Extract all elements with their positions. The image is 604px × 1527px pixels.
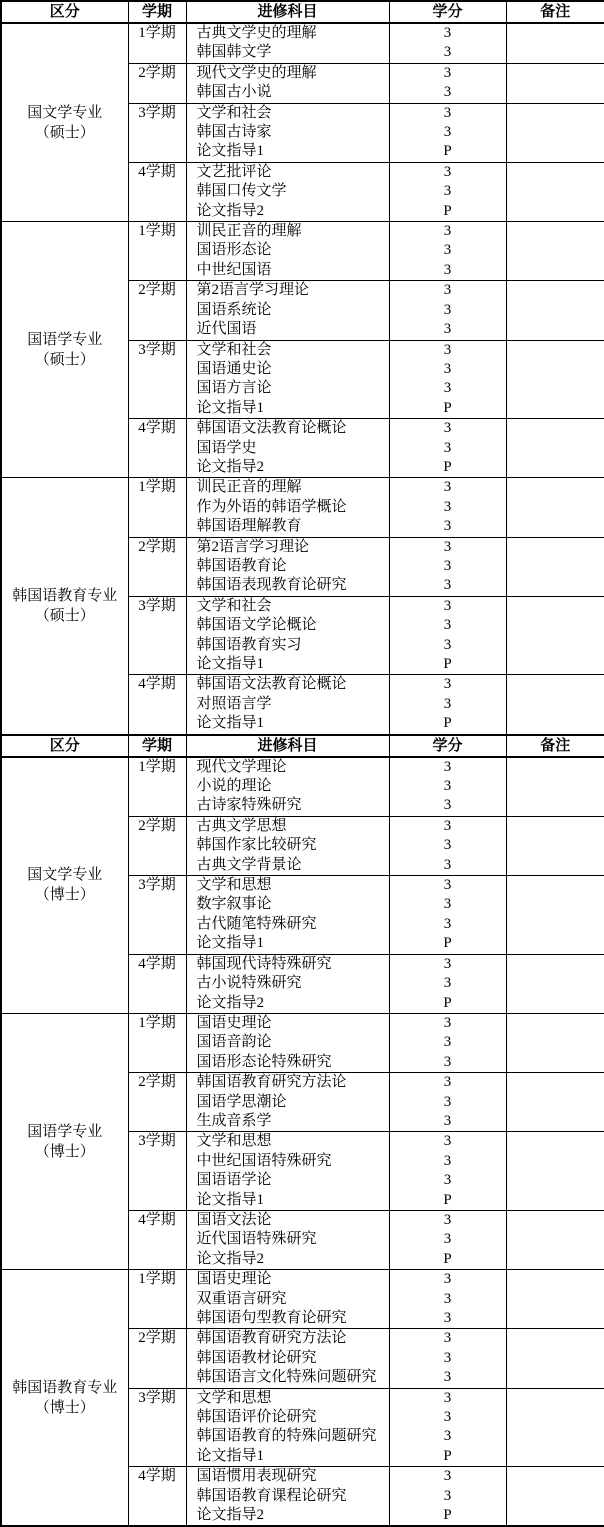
remark-cell bbox=[506, 498, 604, 517]
course-row: 国语学专业（硕士）1学期训民正音的理解3 bbox=[1, 222, 604, 242]
category-degree: （博士） bbox=[2, 885, 128, 905]
course-name-cell: 国语学思潮论 bbox=[186, 1093, 389, 1112]
course-name-cell: 文学和思想 bbox=[186, 876, 389, 896]
remark-cell bbox=[506, 1447, 604, 1467]
remark-cell bbox=[506, 162, 604, 182]
course-name-cell: 训民正音的理解 bbox=[186, 478, 389, 498]
course-name-cell: 国语语学论 bbox=[186, 1171, 389, 1190]
credit-cell: 3 bbox=[389, 103, 506, 123]
col-header-course: 进修科目 bbox=[186, 735, 389, 757]
credit-cell: 3 bbox=[389, 340, 506, 360]
remark-cell bbox=[506, 915, 604, 934]
course-name-cell: 文艺批评论 bbox=[186, 162, 389, 182]
credit-cell: 3 bbox=[389, 1408, 506, 1427]
course-name-cell: 国语形态论 bbox=[186, 241, 389, 260]
course-name-cell: 对照语言学 bbox=[186, 695, 389, 714]
col-header-category: 区分 bbox=[1, 1, 128, 23]
header-row: 区分学期进修科目学分备注 bbox=[1, 1, 604, 23]
remark-cell bbox=[506, 1368, 604, 1388]
remark-cell bbox=[506, 1171, 604, 1190]
semester-cell: 3学期 bbox=[128, 103, 186, 162]
remark-cell bbox=[506, 596, 604, 616]
course-name-cell: 韩国语文学论概论 bbox=[186, 616, 389, 635]
credit-cell: 3 bbox=[389, 1270, 506, 1290]
remark-cell bbox=[506, 1408, 604, 1427]
course-name-cell: 论文指导2 bbox=[186, 994, 389, 1014]
course-name-cell: 中世纪国语特殊研究 bbox=[186, 1152, 389, 1171]
course-name-cell: 双重语言研究 bbox=[186, 1290, 389, 1309]
credit-cell: 3 bbox=[389, 1368, 506, 1388]
semester-cell: 2学期 bbox=[128, 1073, 186, 1132]
category-cell: 国语学专业（硕士） bbox=[1, 222, 128, 478]
credit-cell: P bbox=[389, 458, 506, 478]
course-name-cell: 古典文学思想 bbox=[186, 816, 389, 836]
credit-cell: P bbox=[389, 1506, 506, 1526]
course-name-cell: 国语通史论 bbox=[186, 360, 389, 379]
category-degree: （博士） bbox=[2, 1142, 128, 1162]
credit-cell: 3 bbox=[389, 954, 506, 974]
remark-cell bbox=[506, 1230, 604, 1249]
remark-cell bbox=[506, 714, 604, 734]
course-row: 国文学专业（硕士）1学期古典文学史的理解3 bbox=[1, 23, 604, 43]
course-name-cell: 韩国语句型教育论研究 bbox=[186, 1309, 389, 1329]
remark-cell bbox=[506, 1309, 604, 1329]
credit-cell: 3 bbox=[389, 261, 506, 281]
credit-cell: 3 bbox=[389, 320, 506, 340]
course-name-cell: 现代文学理论 bbox=[186, 757, 389, 777]
course-name-cell: 国语史理论 bbox=[186, 1013, 389, 1033]
remark-cell bbox=[506, 439, 604, 458]
remark-cell bbox=[506, 1506, 604, 1526]
semester-cell: 1学期 bbox=[128, 23, 186, 63]
remark-cell bbox=[506, 954, 604, 974]
credit-cell: 3 bbox=[389, 537, 506, 557]
credit-cell: 3 bbox=[389, 1171, 506, 1190]
course-name-cell: 古代随笔特殊研究 bbox=[186, 915, 389, 934]
remark-cell bbox=[506, 695, 604, 714]
credit-cell: 3 bbox=[389, 498, 506, 517]
remark-cell bbox=[506, 1250, 604, 1270]
credit-cell: 3 bbox=[389, 1427, 506, 1446]
credit-cell: 3 bbox=[389, 777, 506, 796]
credit-cell: P bbox=[389, 142, 506, 162]
doctoral-curriculum-table: 区分学期进修科目学分备注国文学专业（博士）1学期现代文学理论3小说的理论3古诗家… bbox=[0, 734, 604, 1527]
course-row: 国语学专业（博士）1学期国语史理论3 bbox=[1, 1013, 604, 1033]
remark-cell bbox=[506, 1073, 604, 1093]
course-name-cell: 韩国语教育研究方法论 bbox=[186, 1329, 389, 1349]
course-name-cell: 韩国语文法教育论概论 bbox=[186, 419, 389, 439]
credit-cell: 3 bbox=[389, 301, 506, 320]
remark-cell bbox=[506, 1033, 604, 1052]
header-row: 区分学期进修科目学分备注 bbox=[1, 735, 604, 757]
course-name-cell: 韩国语教育课程论研究 bbox=[186, 1487, 389, 1506]
remark-cell bbox=[506, 1270, 604, 1290]
course-name-cell: 论文指导2 bbox=[186, 1506, 389, 1526]
credit-cell: 3 bbox=[389, 616, 506, 635]
course-name-cell: 韩国语文法教育论概论 bbox=[186, 675, 389, 695]
remark-cell bbox=[506, 1053, 604, 1073]
credit-cell: 3 bbox=[389, 419, 506, 439]
course-name-cell: 韩国语言文化特殊问题研究 bbox=[186, 1368, 389, 1388]
remark-cell bbox=[506, 1388, 604, 1408]
remark-cell bbox=[506, 537, 604, 557]
remark-cell bbox=[506, 876, 604, 896]
remark-cell bbox=[506, 222, 604, 242]
remark-cell bbox=[506, 83, 604, 103]
remark-cell bbox=[506, 517, 604, 537]
remark-cell bbox=[506, 419, 604, 439]
credit-cell: 3 bbox=[389, 1073, 506, 1093]
remark-cell bbox=[506, 974, 604, 993]
credit-cell: 3 bbox=[389, 43, 506, 63]
course-name-cell: 韩国语教育实习 bbox=[186, 636, 389, 655]
credit-cell: P bbox=[389, 714, 506, 734]
semester-cell: 4学期 bbox=[128, 162, 186, 221]
remark-cell bbox=[506, 1013, 604, 1033]
credit-cell: 3 bbox=[389, 557, 506, 576]
credit-cell: 3 bbox=[389, 182, 506, 201]
remark-cell bbox=[506, 655, 604, 675]
credit-cell: 3 bbox=[389, 1132, 506, 1152]
credit-cell: 3 bbox=[389, 596, 506, 616]
course-name-cell: 韩国古诗家 bbox=[186, 123, 389, 142]
course-row: 韩国语教育专业（博士）1学期国语史理论3 bbox=[1, 1270, 604, 1290]
course-name-cell: 古典文学史的理解 bbox=[186, 23, 389, 43]
credit-cell: P bbox=[389, 399, 506, 419]
course-name-cell: 韩国韩文学 bbox=[186, 43, 389, 63]
credit-cell: 3 bbox=[389, 695, 506, 714]
remark-cell bbox=[506, 777, 604, 796]
credit-cell: 3 bbox=[389, 895, 506, 914]
credit-cell: 3 bbox=[389, 1112, 506, 1132]
credit-cell: 3 bbox=[389, 1230, 506, 1249]
remark-cell bbox=[506, 301, 604, 320]
remark-cell bbox=[506, 340, 604, 360]
course-name-cell: 古诗家特殊研究 bbox=[186, 796, 389, 816]
credit-cell: 3 bbox=[389, 1210, 506, 1230]
credit-cell: 3 bbox=[389, 636, 506, 655]
remark-cell bbox=[506, 1329, 604, 1349]
remark-cell bbox=[506, 1290, 604, 1309]
remark-cell bbox=[506, 43, 604, 63]
course-name-cell: 国语惯用表现研究 bbox=[186, 1467, 389, 1487]
credit-cell: 3 bbox=[389, 1053, 506, 1073]
course-name-cell: 韩国现代诗特殊研究 bbox=[186, 954, 389, 974]
course-name-cell: 国语方言论 bbox=[186, 379, 389, 398]
semester-cell: 4学期 bbox=[128, 954, 186, 1013]
course-name-cell: 韩国语教育研究方法论 bbox=[186, 1073, 389, 1093]
col-header-category: 区分 bbox=[1, 735, 128, 757]
remark-cell bbox=[506, 1427, 604, 1446]
course-name-cell: 论文指导1 bbox=[186, 934, 389, 954]
credit-cell: 3 bbox=[389, 876, 506, 896]
credit-cell: 3 bbox=[389, 1329, 506, 1349]
remark-cell bbox=[506, 261, 604, 281]
course-name-cell: 论文指导1 bbox=[186, 399, 389, 419]
credit-cell: 3 bbox=[389, 123, 506, 142]
course-name-cell: 第2语言学习理论 bbox=[186, 281, 389, 301]
remark-cell bbox=[506, 1191, 604, 1211]
course-name-cell: 近代国语特殊研究 bbox=[186, 1230, 389, 1249]
semester-cell: 2学期 bbox=[128, 816, 186, 875]
course-name-cell: 论文指导1 bbox=[186, 1191, 389, 1211]
credit-cell: 3 bbox=[389, 1013, 506, 1033]
col-header-semester: 学期 bbox=[128, 1, 186, 23]
remark-cell bbox=[506, 360, 604, 379]
remark-cell bbox=[506, 856, 604, 876]
credit-cell: 3 bbox=[389, 162, 506, 182]
remark-cell bbox=[506, 399, 604, 419]
course-name-cell: 国语形态论特殊研究 bbox=[186, 1053, 389, 1073]
semester-cell: 1学期 bbox=[128, 478, 186, 537]
col-header-course: 进修科目 bbox=[186, 1, 389, 23]
remark-cell bbox=[506, 1152, 604, 1171]
category-cell: 国文学专业（博士） bbox=[1, 757, 128, 1014]
semester-cell: 3学期 bbox=[128, 596, 186, 675]
remark-cell bbox=[506, 123, 604, 142]
credit-cell: 3 bbox=[389, 281, 506, 301]
course-name-cell: 作为外语的韩语学概论 bbox=[186, 498, 389, 517]
category-cell: 韩国语教育专业（博士） bbox=[1, 1270, 128, 1527]
category-name: 国语学专业 bbox=[2, 330, 128, 350]
credit-cell: 3 bbox=[389, 757, 506, 777]
credit-cell: 3 bbox=[389, 974, 506, 993]
credit-cell: 3 bbox=[389, 1152, 506, 1171]
remark-cell bbox=[506, 1112, 604, 1132]
remark-cell bbox=[506, 103, 604, 123]
course-name-cell: 小说的理论 bbox=[186, 777, 389, 796]
remark-cell bbox=[506, 23, 604, 43]
credit-cell: 3 bbox=[389, 23, 506, 43]
credit-cell: 3 bbox=[389, 517, 506, 537]
category-name: 国文学专业 bbox=[2, 103, 128, 123]
remark-cell bbox=[506, 241, 604, 260]
remark-cell bbox=[506, 1349, 604, 1368]
course-name-cell: 训民正音的理解 bbox=[186, 222, 389, 242]
remark-cell bbox=[506, 816, 604, 836]
semester-cell: 4学期 bbox=[128, 1210, 186, 1269]
credit-cell: 3 bbox=[389, 576, 506, 596]
remark-cell bbox=[506, 1210, 604, 1230]
course-name-cell: 第2语言学习理论 bbox=[186, 537, 389, 557]
credit-cell: 3 bbox=[389, 1467, 506, 1487]
remark-cell bbox=[506, 1467, 604, 1487]
semester-cell: 2学期 bbox=[128, 537, 186, 596]
semester-cell: 1学期 bbox=[128, 1013, 186, 1072]
col-header-credit: 学分 bbox=[389, 735, 506, 757]
master-curriculum-table: 区分学期进修科目学分备注国文学专业（硕士）1学期古典文学史的理解3韩国韩文学32… bbox=[0, 0, 604, 736]
category-name: 国文学专业 bbox=[2, 865, 128, 885]
credit-cell: 3 bbox=[389, 478, 506, 498]
course-name-cell: 论文指导2 bbox=[186, 202, 389, 222]
credit-cell: 3 bbox=[389, 1487, 506, 1506]
remark-cell bbox=[506, 796, 604, 816]
semester-cell: 4学期 bbox=[128, 675, 186, 735]
remark-cell bbox=[506, 836, 604, 855]
credit-cell: 3 bbox=[389, 1349, 506, 1368]
semester-cell: 4学期 bbox=[128, 419, 186, 478]
credit-cell: 3 bbox=[389, 675, 506, 695]
course-name-cell: 国语系统论 bbox=[186, 301, 389, 320]
semester-cell: 3学期 bbox=[128, 340, 186, 419]
course-name-cell: 文学和社会 bbox=[186, 596, 389, 616]
course-name-cell: 韩国语教育的特殊问题研究 bbox=[186, 1427, 389, 1446]
course-name-cell: 论文指导1 bbox=[186, 655, 389, 675]
semester-cell: 2学期 bbox=[128, 1329, 186, 1388]
credit-cell: 3 bbox=[389, 1388, 506, 1408]
course-name-cell: 论文指导1 bbox=[186, 1447, 389, 1467]
credit-cell: P bbox=[389, 655, 506, 675]
remark-cell bbox=[506, 478, 604, 498]
remark-cell bbox=[506, 142, 604, 162]
col-header-credit: 学分 bbox=[389, 1, 506, 23]
credit-cell: 3 bbox=[389, 379, 506, 398]
curriculum-page: 区分学期进修科目学分备注国文学专业（硕士）1学期古典文学史的理解3韩国韩文学32… bbox=[0, 0, 604, 1527]
category-degree: （硕士） bbox=[2, 606, 128, 626]
credit-cell: P bbox=[389, 1447, 506, 1467]
course-name-cell: 论文指导1 bbox=[186, 714, 389, 734]
col-header-remark: 备注 bbox=[506, 735, 604, 757]
remark-cell bbox=[506, 320, 604, 340]
category-name: 韩国语教育专业 bbox=[2, 1378, 128, 1398]
course-name-cell: 中世纪国语 bbox=[186, 261, 389, 281]
category-name: 韩国语教育专业 bbox=[2, 586, 128, 606]
category-degree: （硕士） bbox=[2, 123, 128, 143]
remark-cell bbox=[506, 757, 604, 777]
credit-cell: 3 bbox=[389, 222, 506, 242]
course-name-cell: 韩国口传文学 bbox=[186, 182, 389, 201]
course-name-cell: 韩国语评价论研究 bbox=[186, 1408, 389, 1427]
remark-cell bbox=[506, 202, 604, 222]
credit-cell: 3 bbox=[389, 856, 506, 876]
course-name-cell: 韩国语教材论研究 bbox=[186, 1349, 389, 1368]
remark-cell bbox=[506, 379, 604, 398]
semester-cell: 1学期 bbox=[128, 222, 186, 281]
category-cell: 韩国语教育专业（硕士） bbox=[1, 478, 128, 735]
semester-cell: 1学期 bbox=[128, 1270, 186, 1329]
semester-cell: 3学期 bbox=[128, 1388, 186, 1467]
col-header-remark: 备注 bbox=[506, 1, 604, 23]
credit-cell: P bbox=[389, 1250, 506, 1270]
remark-cell bbox=[506, 636, 604, 655]
course-name-cell: 国语学史 bbox=[186, 439, 389, 458]
remark-cell bbox=[506, 895, 604, 914]
semester-cell: 4学期 bbox=[128, 1467, 186, 1527]
credit-cell: P bbox=[389, 1191, 506, 1211]
course-name-cell: 国语文法论 bbox=[186, 1210, 389, 1230]
credit-cell: 3 bbox=[389, 1093, 506, 1112]
course-row: 国文学专业（博士）1学期现代文学理论3 bbox=[1, 757, 604, 777]
remark-cell bbox=[506, 576, 604, 596]
remark-cell bbox=[506, 281, 604, 301]
remark-cell bbox=[506, 675, 604, 695]
remark-cell bbox=[506, 1487, 604, 1506]
credit-cell: P bbox=[389, 994, 506, 1014]
credit-cell: 3 bbox=[389, 1290, 506, 1309]
course-name-cell: 文学和社会 bbox=[186, 103, 389, 123]
remark-cell bbox=[506, 557, 604, 576]
credit-cell: 3 bbox=[389, 836, 506, 855]
course-name-cell: 近代国语 bbox=[186, 320, 389, 340]
credit-cell: 3 bbox=[389, 63, 506, 83]
credit-cell: 3 bbox=[389, 439, 506, 458]
category-cell: 国文学专业（硕士） bbox=[1, 23, 128, 222]
course-name-cell: 数字叙事论 bbox=[186, 895, 389, 914]
semester-cell: 2学期 bbox=[128, 63, 186, 103]
course-name-cell: 韩国语表现教育论研究 bbox=[186, 576, 389, 596]
credit-cell: 3 bbox=[389, 816, 506, 836]
semester-cell: 3学期 bbox=[128, 876, 186, 955]
remark-cell bbox=[506, 616, 604, 635]
semester-cell: 1学期 bbox=[128, 757, 186, 817]
col-header-semester: 学期 bbox=[128, 735, 186, 757]
course-name-cell: 国语史理论 bbox=[186, 1270, 389, 1290]
category-cell: 国语学专业（博士） bbox=[1, 1013, 128, 1269]
course-name-cell: 文学和思想 bbox=[186, 1132, 389, 1152]
course-name-cell: 论文指导1 bbox=[186, 142, 389, 162]
semester-cell: 3学期 bbox=[128, 1132, 186, 1211]
course-name-cell: 古小说特殊研究 bbox=[186, 974, 389, 993]
remark-cell bbox=[506, 182, 604, 201]
remark-cell bbox=[506, 1093, 604, 1112]
credit-cell: P bbox=[389, 934, 506, 954]
category-degree: （硕士） bbox=[2, 350, 128, 370]
course-name-cell: 韩国作家比较研究 bbox=[186, 836, 389, 855]
course-name-cell: 生成音系学 bbox=[186, 1112, 389, 1132]
course-name-cell: 韩国古小说 bbox=[186, 83, 389, 103]
credit-cell: 3 bbox=[389, 83, 506, 103]
course-name-cell: 文学和思想 bbox=[186, 1388, 389, 1408]
remark-cell bbox=[506, 458, 604, 478]
semester-cell: 2学期 bbox=[128, 281, 186, 340]
credit-cell: 3 bbox=[389, 1309, 506, 1329]
remark-cell bbox=[506, 63, 604, 83]
credit-cell: 3 bbox=[389, 915, 506, 934]
credit-cell: 3 bbox=[389, 796, 506, 816]
category-degree: （博士） bbox=[2, 1398, 128, 1418]
course-name-cell: 韩国语理解教育 bbox=[186, 517, 389, 537]
remark-cell bbox=[506, 1132, 604, 1152]
course-name-cell: 论文指导2 bbox=[186, 458, 389, 478]
course-name-cell: 古典文学背景论 bbox=[186, 856, 389, 876]
course-name-cell: 文学和社会 bbox=[186, 340, 389, 360]
remark-cell bbox=[506, 994, 604, 1014]
category-name: 国语学专业 bbox=[2, 1122, 128, 1142]
credit-cell: P bbox=[389, 202, 506, 222]
credit-cell: 3 bbox=[389, 241, 506, 260]
credit-cell: 3 bbox=[389, 360, 506, 379]
course-row: 韩国语教育专业（硕士）1学期训民正音的理解3 bbox=[1, 478, 604, 498]
course-name-cell: 韩国语教育论 bbox=[186, 557, 389, 576]
course-name-cell: 现代文学史的理解 bbox=[186, 63, 389, 83]
remark-cell bbox=[506, 934, 604, 954]
credit-cell: 3 bbox=[389, 1033, 506, 1052]
course-name-cell: 论文指导2 bbox=[186, 1250, 389, 1270]
course-name-cell: 国语音韵论 bbox=[186, 1033, 389, 1052]
